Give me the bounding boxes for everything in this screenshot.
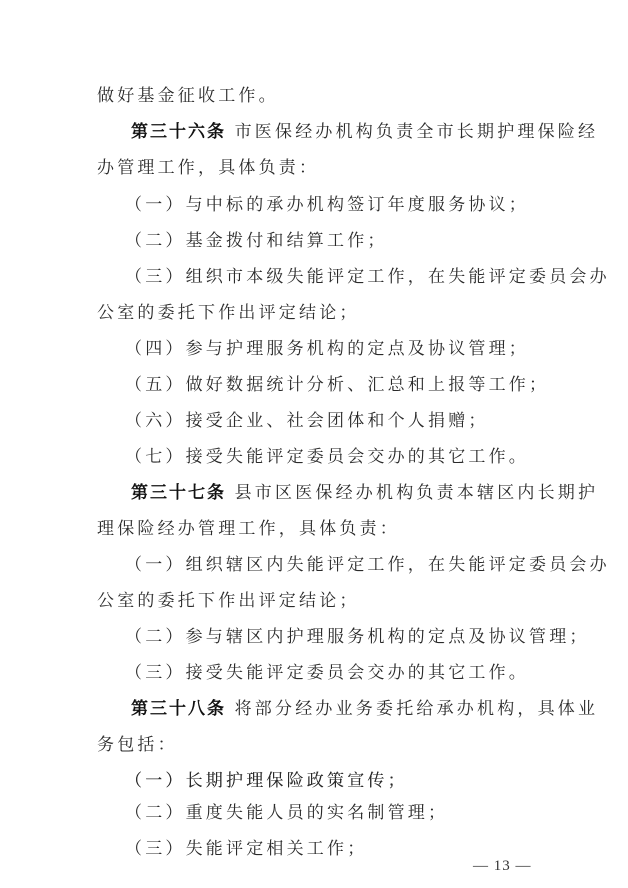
line-text: 做好基金征收工作。	[97, 86, 279, 106]
paragraph-line: 办管理工作，具体负责：	[97, 157, 319, 179]
list-item: （四）参与护理服务机构的定点及协议管理；	[125, 338, 529, 360]
line-text: （六）接受企业、社会团体和个人捐赠；	[125, 411, 489, 431]
article-36: 第三十六条 市医保经办机构负责全市长期护理保险经	[131, 121, 598, 143]
list-item: （一）与中标的承办机构签订年度服务协议；	[125, 194, 529, 216]
article-heading: 第三十六条	[131, 122, 226, 142]
paragraph-line: 公室的委托下作出评定结论；	[97, 590, 360, 612]
paragraph-line: 务包括：	[97, 734, 178, 756]
list-item: （七）接受失能评定委员会交办的其它工作。	[125, 446, 529, 468]
article-heading: 第三十七条	[131, 483, 226, 503]
line-text: （一）长期护理保险政策宣传；	[125, 771, 408, 791]
line-text: 公室的委托下作出评定结论；	[97, 303, 360, 323]
paragraph-line: 公室的委托下作出评定结论；	[97, 302, 360, 324]
line-text: 县市区医保经办机构负责本辖区内长期护	[235, 483, 599, 503]
line-text: （四）参与护理服务机构的定点及协议管理；	[125, 339, 529, 359]
line-text: （一）与中标的承办机构签订年度服务协议；	[125, 195, 529, 215]
list-item: （五）做好数据统计分析、汇总和上报等工作；	[125, 374, 549, 396]
line-text: 公室的委托下作出评定结论；	[97, 591, 360, 611]
line-text: （三）接受失能评定委员会交办的其它工作。	[125, 663, 529, 683]
article-heading: 第三十八条	[131, 699, 226, 719]
line-text: （七）接受失能评定委员会交办的其它工作。	[125, 447, 529, 467]
line-text: 理保险经办管理工作，具体负责：	[97, 519, 400, 539]
list-item: （三）失能评定相关工作；	[125, 838, 367, 860]
list-item: （一）长期护理保险政策宣传；	[125, 770, 408, 792]
line-text: （二）基金拨付和结算工作；	[125, 231, 388, 251]
line-text: 办管理工作，具体负责：	[97, 158, 319, 178]
article-38: 第三十八条 将部分经办业务委托给承办机构，具体业	[131, 698, 598, 720]
list-item: （二）重度失能人员的实名制管理；	[125, 802, 448, 824]
line-text: 将部分经办业务委托给承办机构，具体业	[235, 699, 599, 719]
line-text: （三）组织市本级失能评定工作，在失能评定委员会办	[125, 267, 610, 287]
list-item: （三）组织市本级失能评定工作，在失能评定委员会办	[125, 266, 610, 288]
line-text: （一）组织辖区内失能评定工作，在失能评定委员会办	[125, 555, 610, 575]
article-37: 第三十七条 县市区医保经办机构负责本辖区内长期护	[131, 482, 598, 504]
list-item: （一）组织辖区内失能评定工作，在失能评定委员会办	[125, 554, 610, 576]
list-item: （二）基金拨付和结算工作；	[125, 230, 388, 252]
list-item: （二）参与辖区内护理服务机构的定点及协议管理；	[125, 626, 590, 648]
line-text: 市医保经办机构负责全市长期护理保险经	[235, 122, 599, 142]
page-number: — 13 —	[473, 858, 532, 875]
line-text: （五）做好数据统计分析、汇总和上报等工作；	[125, 375, 549, 395]
line-text: （二）重度失能人员的实名制管理；	[125, 803, 448, 823]
line-text: 务包括：	[97, 735, 178, 755]
line-text: （三）失能评定相关工作；	[125, 839, 367, 859]
paragraph-line: 理保险经办管理工作，具体负责：	[97, 518, 400, 540]
line-text: （二）参与辖区内护理服务机构的定点及协议管理；	[125, 627, 590, 647]
list-item: （六）接受企业、社会团体和个人捐赠；	[125, 410, 489, 432]
paragraph-line: 做好基金征收工作。	[97, 85, 279, 107]
list-item: （三）接受失能评定委员会交办的其它工作。	[125, 662, 529, 684]
